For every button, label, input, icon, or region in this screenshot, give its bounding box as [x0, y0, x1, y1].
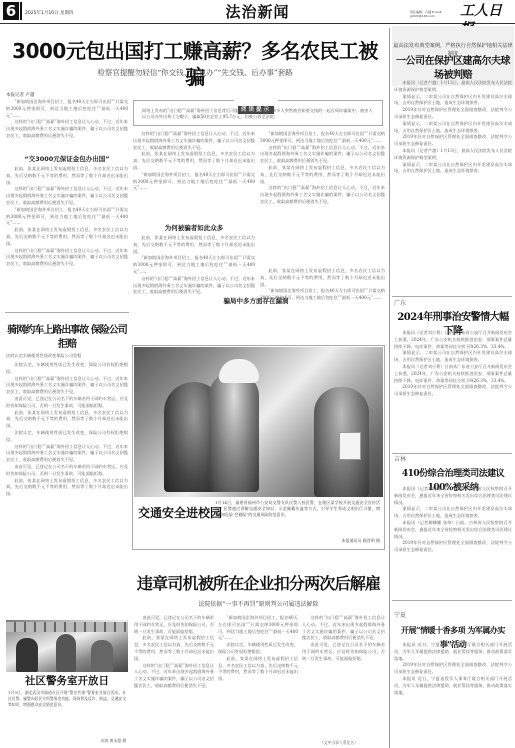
page-masthead: 6 2025年1月16日 星期四 法治新闻 责任编辑：卢越 E-mail: gr… [0, 0, 515, 24]
second-story-subheadline: 法院认定车辆使用性质改变保险公司免赔 [6, 353, 128, 359]
third-story-col2: “新加坡国企海外项目招工，报名40天左右即可出国”“只需交纳3000元押金即可，… [218, 615, 298, 743]
lead-body-col3: “新加坡国企海外项目招工，报名40天左右即可出国”“只需交纳3000元押金即可，… [260, 131, 385, 266]
paragraph: 此前，张某在网络上发布虚假招工信息，多名农民工信以为真，先后交纳数千元不等的费用… [6, 478, 128, 498]
paragraph: 本报讯 近日，宁夏退役军人事务厅联合相关部门开展活动，为军人军属提供法律援助、就… [394, 642, 512, 662]
paragraph: 由此可见，已登记在公司名下的车辆若用于网约车营运，应及时告知保险公司，否则一旦发… [134, 615, 214, 635]
paragraph: 这样的“出门稳”“高薪”海外招工信息让人心动。不过，近年来出现多起假借海外务工名… [260, 185, 385, 205]
second-story-body: 法院认定，车辆使用性质已发生改变，保险公司有权拒绝赔偿。 这样的“出门稳”“高薪… [6, 362, 128, 617]
section-divider [392, 296, 512, 297]
right-top-headline: 一公司在保护区建高尔夫球场被判赔 [393, 55, 513, 83]
third-story-subheadline: 法院依据“一事不再罚”原则判公司属违法解除 [132, 600, 385, 609]
paragraph: 本报讯（记者柳姗姗 张伟）日前，吉林省人民检察院召开新闻发布会，通报近年来全省检… [394, 520, 512, 540]
paragraph: 案情显示，二审某公司在自然保护区内开发建设高尔夫球场，占用自然保护区土地，造成生… [394, 121, 512, 135]
paragraph: 此前，张某在网络上发布虚假招工信息，多名农民工信以为真，先后交纳数千元不等的费用… [133, 151, 255, 171]
reading-tips-text: 网络上发布的“出门稳”“高薪”海外招工信息背后可能暗藏骗局。现在吉林多人突然被告… [142, 108, 374, 120]
lead-subheadline: 检察官提醒勿轻信“你交钱、我包办”“先交钱、后办事”套路 [5, 68, 385, 78]
paragraph: 2019年针对自然保护区管理处全面排查整改，法院判令公司承担生态修复责任。 [394, 107, 512, 121]
third-story-headline: 违章司机被所在企业扣分两次后解雇 [132, 573, 385, 595]
paragraph: “新加坡国企海外项目招工，报名40天左右即可出国”“只需交纳3000元押金即可，… [260, 131, 385, 145]
region-label-guangdong: 广东 [394, 300, 406, 308]
lead-body-col3b: 此前，张某在网络上发布虚假招工信息，多名农民工信以为真，先后交纳数千元不等的费用… [260, 268, 385, 343]
traffic-safety-photo [134, 347, 383, 497]
paragraph: 此前，张某在网络上发布虚假招工信息，多名农民工信以为真，先后交纳数千元不等的费用… [133, 235, 255, 255]
section-divider [392, 600, 512, 601]
paragraph: “新加坡国企海外项目招工，报名40天左右即可出国”“只需交纳3000元押金即可，… [133, 172, 255, 192]
byline: 本报记者 卢越 [6, 92, 128, 99]
paragraph: 这样的“出门稳”“高薪”海外招工信息让人心动。不过，近年来出现多起假借海外务工名… [6, 444, 128, 464]
paragraph: 本报讯（记者刘小利）日前从广东省公安厅召开新闻发布会上获悉，2024年，广东公安… [394, 330, 512, 350]
paragraph: 这样的“出门稳”“高薪”海外招工信息让人心动。不过，近年来出现多起假借海外务工名… [134, 663, 214, 690]
paragraph: 案情显示，二审某公司在自然保护区内开发建设高尔夫球场，占用自然保护区土地，造成生… [394, 350, 512, 364]
paragraph: 法院认定，车辆使用性质已发生改变，保险公司有权拒绝赔偿。 [218, 642, 298, 656]
paragraph: 法院认定，车辆使用性质已发生改变，保险公司有权拒绝赔偿。 [6, 362, 128, 376]
paragraph: 这样的“出门稳”“高薪”海外招工信息让人心动。不过，近年来出现多起假借海外务工名… [6, 186, 128, 206]
region-label-jilin: 吉林 [394, 456, 406, 464]
paragraph: 由此可见，已登记在公司名下的车辆若用于网约车营运，应及时告知保险公司，否则一旦发… [302, 642, 385, 662]
lead-body-col2b: 此前，张某在网络上发布虚假招工信息，多名农民工信以为真，先后交纳数千元不等的费用… [133, 235, 255, 343]
paragraph: “新加坡国企海外项目招工，报名40天左右即可出国”“只需交纳3000元押金即可，… [133, 255, 255, 275]
paragraph: 本报讯（记者柳姗姗 张伟）日前，吉林省人民检察院召开新闻发布会，通报近年来全省检… [394, 486, 512, 506]
paragraph: 这样的“出门稳”“高薪”海外招工信息让人心动。不过，近年来出现多起假借海外务工名… [302, 615, 385, 642]
photo-feature-caption: 1月14日，福建省福州市公安局交警支队民警入校民警，在辖区某学校开展交通安全宣传… [215, 500, 380, 519]
paragraph: 本报讯（记者卢越）1月13日，最高人民法院发布人民法院环境资源保护典型案例。 [394, 148, 512, 162]
paragraph: 这样的“出门稳”“高薪”海外招工信息让人心动。不过，近年来出现多起假借海外务工名… [260, 145, 385, 165]
paragraph: 此前，张某在网络上发布虚假招工信息，多名农民工信以为真，先后交纳数千元不等的费用… [260, 165, 385, 185]
community-photo-title: 社区警务室开放日 [6, 674, 128, 688]
third-story-end-note: （文中当事人系化名） [320, 740, 358, 746]
paragraph: 此前，张某在网络上发布虚假招工信息，多名农民工信以为真，先后交纳数千元不等的费用… [134, 635, 214, 662]
paragraph: 本报讯（记者卢越）1月13日，最高人民法院发布人民法院环境资源保护典型案例。 [394, 80, 512, 94]
paragraph: 此前，张某在网络上发布虚假招工信息，多名农民工信以为真，先后交纳数千元不等的费用… [260, 268, 385, 288]
paragraph: “新加坡国企海外项目招工，报名40天左右即可出国”“只需交纳3000元押金即可，… [260, 288, 385, 302]
community-photo-credit: 向涛 黄永超 摄 [60, 738, 126, 744]
paragraph: 案情显示，二审某公司在自然保护区内开发建设高尔夫球场，占用自然保护区土地，造成生… [394, 94, 512, 108]
section-divider [392, 453, 512, 454]
paragraph: 2019年针对自然保护区管理处全面排查整改，法院判令公司承担生态修复责任。 [394, 662, 512, 676]
paragraph: 2019年针对自然保护区管理处全面排查整改，法院判令公司承担生态修复责任。 [394, 134, 512, 148]
photo-feature-credit: 本报通讯员 顾晋明 摄 [315, 538, 380, 544]
paragraph: 本报讯 近日，宁夏退役军人事务厅联合相关部门开展活动，为军人军属提供法律援助、就… [394, 676, 512, 696]
paragraph: 法院认定，车辆使用性质已发生改变，保险公司有权拒绝赔偿。 [6, 430, 128, 444]
paragraph: 这样的“出门稳”“高薪”海外招工信息让人心动。不过，近年来出现多起假借海外务工名… [133, 131, 255, 151]
section-head: 为何被骗者如此众多 [133, 224, 255, 233]
helmet-shape [219, 359, 259, 383]
region-label-ningxia: 宁夏 [394, 612, 406, 620]
community-police-photo [6, 620, 128, 672]
lead-body-col2: 这样的“出门稳”“高薪”海外招工信息让人心动。不过，近年来出现多起假借海外务工名… [133, 131, 255, 221]
lead-body-col1: 本报记者 卢越 “新加坡国企海外项目招工，报名40天左右即可出国”“只需交纳30… [6, 92, 128, 152]
paragraph: 此前，张某在网络上发布虚假招工信息，多名农民工信以为真，先后交纳数千元不等的费用… [6, 227, 128, 247]
paragraph: 由此可见，已登记在公司名下的车辆若用于网约车营运，应及时告知保险公司，否则一旦发… [6, 396, 128, 410]
lead-headline: 3000元包出国打工赚高薪？多名农民工被骗 [5, 38, 385, 90]
paragraph: 这样的“出门稳”“高薪”海外招工信息让人心动。不过，近年来出现多起假借海外务工名… [6, 376, 128, 396]
paragraph: 案情显示，二审某公司在自然保护区内开发建设高尔夫球场，占用自然保护区土地，造成生… [394, 506, 512, 520]
paragraph: 此前，张某在网络上发布虚假招工信息，多名农民工信以为真，先后交纳数千元不等的费用… [6, 410, 128, 430]
community-photo-caption: 1月9日，湖北武汉市闻道社区开展“警民共建”警务室开放日活动。社区民警、辅警向居… [8, 690, 126, 708]
paragraph: 由此可见，已登记在公司名下的车辆若用于网约车营运，应及时告知保险公司，否则一旦发… [6, 464, 128, 478]
reading-tips-box: 阅读提示 网络上发布的“出门稳”“高薪”海外招工信息背后可能暗藏骗局。现在吉林多… [133, 100, 383, 126]
second-story-headline: 骑网约车上路出事故 保险公司拒赔 [6, 324, 128, 352]
paragraph: 这样的“出门稳”“高薪”海外招工信息让人心动。不过，近年来出现多起假借海外务工名… [6, 119, 128, 139]
paragraph: “新加坡国企海外项目招工，报名40天左右即可出国”“只需交纳3000元押金即可，… [6, 207, 128, 227]
editor-info: 责任编辑：卢越 E-mail: grrbfz@163.com [410, 10, 460, 18]
paragraph: 本报讯（记者刘小利）日前从广东省公安厅召开新闻发布会上获悉，2024年，广东公安… [394, 364, 512, 384]
paragraph: 此前，张某在网络上发布虚假招工信息，多名农民工信以为真，先后交纳数千元不等的费用… [6, 166, 128, 186]
right-top-body: 本报讯（记者卢越）1月13日，最高人民法院发布人民法院环境资源保护典型案例。 案… [394, 80, 512, 293]
paragraph: “新加坡国企海外项目招工，报名40天左右即可出国”“只需交纳3000元押金即可，… [218, 615, 298, 642]
lead-body-col1b: 此前，张某在网络上发布虚假招工信息，多名农民工信以为真，先后交纳数千元不等的费用… [6, 166, 128, 311]
paragraph: 2019年针对自然保护区管理处全面排查整改，法院判令公司承担生态修复责任。 [394, 540, 512, 554]
column-divider [389, 28, 390, 748]
paragraph: 2019年针对自然保护区管理处全面排查整改，法院判令公司承担生态修复责任。 [394, 384, 512, 398]
section-divider [5, 312, 129, 313]
paragraph: 这样的“出门稳”“高薪”海外招工信息让人心动。不过，近年来出现多起假借海外务工名… [133, 276, 255, 296]
photo-feature-title: 交通安全进校园 [138, 505, 222, 521]
section-head: “交3000元保证金包办出国” [6, 155, 128, 164]
paragraph: “新加坡国企海外项目招工，报名40天左右即可出国”“只需交纳3000元押金即可，… [6, 99, 128, 119]
third-story-col3: 这样的“出门稳”“高薪”海外招工信息让人心动。不过，近年来出现多起假借海外务工名… [302, 615, 385, 737]
paragraph: 这样的“出门稳”“高薪”海外招工信息让人心动。不过，近年来出现多起假借海外务工名… [6, 248, 128, 268]
ningxia-body: 本报讯 近日，宁夏退役军人事务厅联合相关部门开展活动，为军人军属提供法律援助、就… [394, 642, 512, 742]
paragraph: 此前，张某在网络上发布虚假招工信息，多名农民工信以为真，先后交纳数千元不等的费用… [218, 656, 298, 683]
jilin-body: 本报讯（记者柳姗姗 张伟）日前，吉林省人民检察院召开新闻发布会，通报近年来全省检… [394, 486, 512, 598]
third-story-col1: 由此可见，已登记在公司名下的车辆若用于网约车营运，应及时告知保险公司，否则一旦发… [134, 615, 214, 743]
guangdong-body: 本报讯（记者刘小利）日前从广东省公安厅召开新闻发布会上获悉，2024年，广东公安… [394, 330, 512, 450]
paragraph: 案情显示，二审某公司在自然保护区内开发建设高尔夫球场，占用自然保护区土地，造成生… [394, 162, 512, 176]
